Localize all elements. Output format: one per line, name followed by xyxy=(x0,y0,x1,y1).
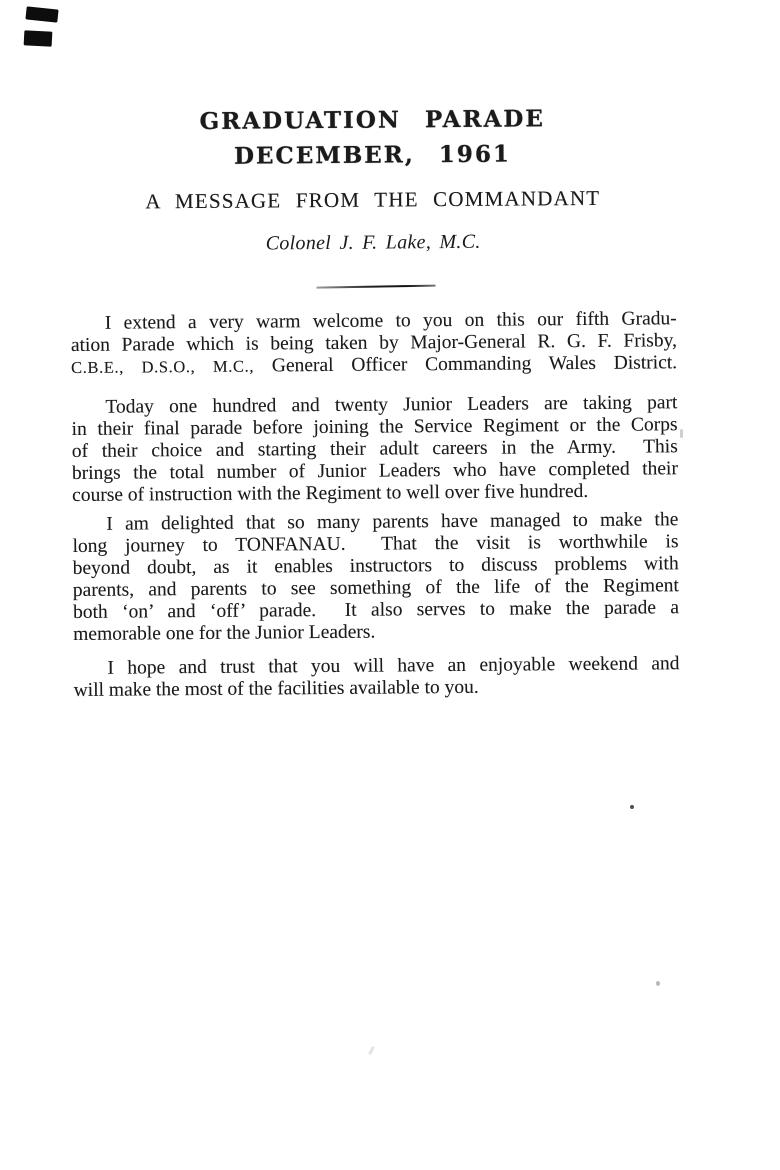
text-column: GRADUATION PARADE DECEMBER, 1961 A MESSA… xyxy=(68,0,683,1170)
byline: Colonel J. F. Lake, M.C. xyxy=(70,226,676,259)
scan-speck xyxy=(630,805,634,809)
scan-ink-mark xyxy=(25,6,58,22)
paragraph-1: I extend a very warm welcome to you on t… xyxy=(71,308,677,379)
page-title-line2: DECEMBER, 1961 xyxy=(69,139,675,172)
paragraph-line: will make the most of the facilities ava… xyxy=(74,675,680,702)
scan-smudge xyxy=(680,429,683,438)
subtitle: A MESSAGE FROM THE COMMANDANT xyxy=(70,183,676,216)
scan-speck xyxy=(656,981,660,986)
paragraph-2: Today one hundred and twenty Junior Lead… xyxy=(71,392,678,507)
scanned-document-page: GRADUATION PARADE DECEMBER, 1961 A MESSA… xyxy=(0,0,780,1170)
section-divider-rule xyxy=(316,285,435,289)
honorifics-small-caps: C.B.E., D.S.O., M.C., xyxy=(71,357,254,377)
paragraph-line: memorable one for the Junior Leaders. xyxy=(73,619,679,646)
paragraph-line-text: General Officer Commanding Wales Distric… xyxy=(272,352,677,376)
paragraph-line: course of instruction with the Regiment … xyxy=(72,480,678,507)
scan-ink-mark xyxy=(24,30,53,46)
paragraph-3: I am delighted that so many parents have… xyxy=(72,509,679,646)
paragraph-4: I hope and trust that you will have an e… xyxy=(73,653,679,702)
paragraph-line: C.B.E., D.S.O., M.C., General Officer Co… xyxy=(71,352,677,379)
page-title-line1: GRADUATION PARADE xyxy=(69,104,675,137)
